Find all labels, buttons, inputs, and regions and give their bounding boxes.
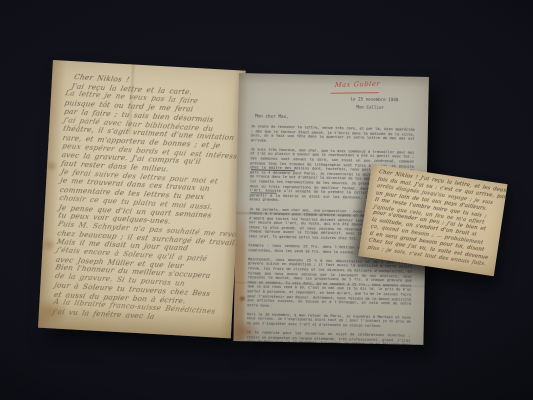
typed-paragraph: Vers le 20 novembre, à mon retour de Par…: [247, 312, 411, 329]
handwritten-note-card: Cher Niklos ! J'ai reçu la lettre, et le…: [358, 164, 507, 276]
typed-paragraph: Je te remercie pour les nouvelles au suj…: [246, 330, 410, 345]
ink-spot: [238, 295, 246, 302]
red-underline-mark: [331, 92, 379, 94]
typed-paragraph: Maintenant, nous donnons 25 % à nos dépo…: [247, 257, 412, 311]
letter-salutation: Mon cher Max,: [255, 114, 289, 120]
red-pencil-annotation: Max Gubler: [334, 80, 380, 89]
edge-stain: [233, 205, 246, 343]
letter-place: Mon Cellier: [356, 104, 384, 110]
foxing-spot: [44, 160, 59, 173]
handwritten-letter-page: Cher Niklos !J'ai reçu la lettre et la c…: [38, 60, 246, 338]
foxing-spot: [40, 238, 57, 253]
handwritten-text-block: Cher Niklos !J'ai reçu la lettre et la c…: [53, 73, 239, 326]
typed-paragraph: Je viens de recevoir ta lettre, venue tr…: [251, 124, 415, 146]
card-text-block: Cher Niklos ! J'ai reçu la lettre, et le…: [367, 169, 503, 269]
letter-date: Le 25 novembre 1940: [350, 96, 398, 102]
photo-of-letters: Cher Niklos !J'ai reçu la lettre et la c…: [0, 0, 533, 400]
